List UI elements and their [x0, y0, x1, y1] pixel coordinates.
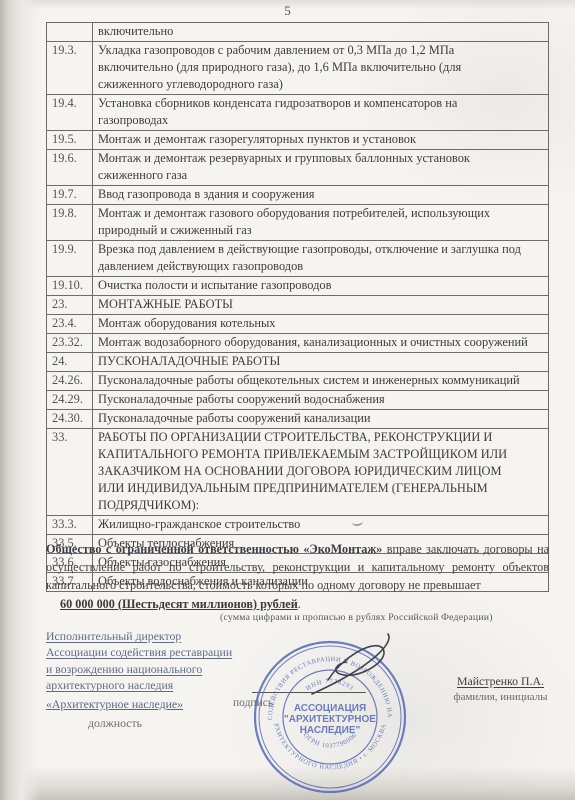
row-number: 23.4.	[47, 315, 93, 334]
row-text: Установка сборников конденсата гидрозатв…	[93, 95, 549, 131]
table-row: 19.4.Установка сборников конденсата гидр…	[47, 95, 549, 131]
row-text: Врезка под давлением в действующие газоп…	[93, 241, 549, 277]
position-block: Исполнительный директорАссоциации содейс…	[46, 628, 256, 731]
row-number: 24.30.	[47, 410, 93, 429]
page-number: 5	[0, 3, 575, 19]
row-text: Укладка газопроводов с рабочим давлением…	[93, 42, 549, 95]
row-number	[47, 23, 93, 42]
row-number: 24.	[47, 353, 93, 372]
works-table: включительно19.3.Укладка газопроводов с …	[46, 22, 549, 592]
name-block: Майстренко П.А. фамилия, инициалы	[438, 674, 563, 703]
table-row: 24.30.Пусконаладочные работы сооружений …	[47, 410, 549, 429]
table-row: 19.7.Ввод газопровода в здания и сооруже…	[47, 186, 549, 205]
row-number: 19.5.	[47, 131, 93, 150]
org-short-name: «Архитектурное наследие»	[46, 696, 256, 712]
table-row: 24.ПУСКОНАЛАДОЧНЫЕ РАБОТЫ	[47, 353, 549, 372]
row-text: Пусконаладочные работы сооружений водосн…	[93, 391, 549, 410]
position-line: Исполнительный директор	[46, 628, 256, 644]
row-text: Монтаж водозаборного оборудования, канал…	[93, 334, 549, 353]
row-text: Монтаж и демонтаж газорегуляторных пункт…	[93, 131, 549, 150]
table-row: 19.3.Укладка газопроводов с рабочим давл…	[47, 42, 549, 95]
table-row: включительно	[47, 23, 549, 42]
row-text: включительно	[93, 23, 549, 42]
row-number: 19.10.	[47, 277, 93, 296]
stamp-center-line2: "АРХИТЕКТУРНОЕ	[284, 714, 376, 725]
row-number: 24.26.	[47, 372, 93, 391]
table-row: 19.8.Монтаж и демонтаж газового оборудов…	[47, 205, 549, 241]
row-text: Ввод газопровода в здания и сооружения	[93, 186, 549, 205]
row-number: 23.	[47, 296, 93, 315]
authorization-paragraph: Общество с ограниченной ответственностью…	[46, 540, 549, 613]
table-row: 33.3.Жилищно-гражданское строительство	[47, 516, 549, 535]
name-label: фамилия, инициалы	[438, 691, 563, 703]
row-number: 33.	[47, 429, 93, 516]
table-row: 19.10.Очистка полости и испытание газопр…	[47, 277, 549, 296]
position-line: Ассоциации содействия реставрации	[46, 644, 256, 660]
signer-name: Майстренко П.А.	[438, 674, 563, 689]
table-row: 23.4.Монтаж оборудования котельных	[47, 315, 549, 334]
row-number: 19.9.	[47, 241, 93, 277]
position-line: и возрождению национального	[46, 661, 256, 677]
table-row: 19.9.Врезка под давлением в действующие …	[47, 241, 549, 277]
table-row: 23.МОНТАЖНЫЕ РАБОТЫ	[47, 296, 549, 315]
amount-note: (сумма цифрами и прописью в рублях Росси…	[220, 612, 570, 623]
row-text: Монтаж и демонтаж газового оборудования …	[93, 205, 549, 241]
position-label: должность	[88, 715, 256, 731]
table-row: 24.29.Пусконаладочные работы сооружений …	[47, 391, 549, 410]
table-row: 33.РАБОТЫ ПО ОРГАНИЗАЦИИ СТРОИТЕЛЬСТВА, …	[47, 429, 549, 516]
row-number: 19.6.	[47, 150, 93, 186]
row-text: Пусконаладочные работы сооружений канали…	[93, 410, 549, 429]
row-number: 19.8.	[47, 205, 93, 241]
row-number: 33.3.	[47, 516, 93, 535]
row-text: РАБОТЫ ПО ОРГАНИЗАЦИИ СТРОИТЕЛЬСТВА, РЕК…	[93, 429, 549, 516]
paragraph-tail: .	[298, 597, 301, 611]
row-text: МОНТАЖНЫЕ РАБОТЫ	[93, 296, 549, 315]
row-text: ПУСКОНАЛАДОЧНЫЕ РАБОТЫ	[93, 353, 549, 372]
table-row: 19.5.Монтаж и демонтаж газорегуляторных …	[47, 131, 549, 150]
row-text: Монтаж оборудования котельных	[93, 315, 549, 334]
contract-amount: 60 000 000 (Шестьдесят миллионов) рублей	[46, 597, 298, 611]
stamp-center-line3: НАСЛЕДИЕ"	[300, 725, 361, 736]
row-number: 19.7.	[47, 186, 93, 205]
scanned-page: 5 включительно19.3.Укладка газопроводов …	[0, 0, 575, 800]
row-number: 23.32.	[47, 334, 93, 353]
handwritten-signature	[270, 628, 410, 708]
row-text: Очистка полости и испытание газопроводов	[93, 277, 549, 296]
table-row: 19.6.Монтаж и демонтаж резервуарных и гр…	[47, 150, 549, 186]
row-text: Пусконаладочные работы общекотельных сис…	[93, 372, 549, 391]
row-text: Жилищно-гражданское строительство	[93, 516, 549, 535]
table-row: 23.32.Монтаж водозаборного оборудования,…	[47, 334, 549, 353]
row-number: 19.3.	[47, 42, 93, 95]
row-number: 19.4.	[47, 95, 93, 131]
position-line: архитектурного наследия	[46, 677, 256, 693]
table-row: 24.26.Пусконаладочные работы общекотельн…	[47, 372, 549, 391]
row-number: 24.29.	[47, 391, 93, 410]
row-text: Монтаж и демонтаж резервуарных и группов…	[93, 150, 549, 186]
company-name: Общество с ограниченной ответственностью…	[46, 542, 382, 556]
